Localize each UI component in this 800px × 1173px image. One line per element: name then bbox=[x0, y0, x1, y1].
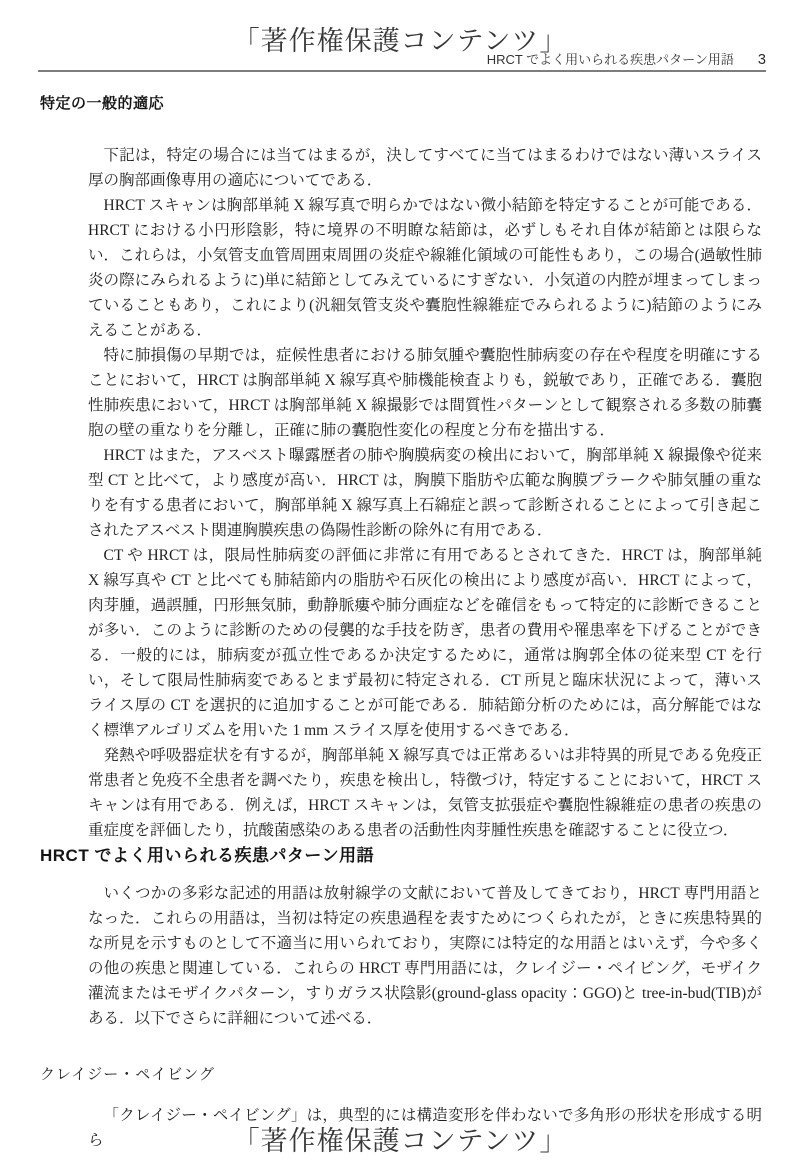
body-paragraph: 発熱や呼吸器症状を有するが，胸部単純 X 線写真では正常あるいは非特異的所見であ… bbox=[88, 743, 762, 843]
section-heading-general-indications: 特定の一般的適応 bbox=[40, 92, 164, 113]
section-body-general-indications: 下記は，特定の場合には当てはまるが，決してすべてに当てはまるわけではない薄いスラ… bbox=[88, 143, 762, 843]
section-heading-hrct-pattern-terms: HRCT でよく用いられる疾患パターン用語 bbox=[40, 841, 374, 866]
copyright-watermark-bottom: 「著作権保護コンテンツ」 bbox=[0, 1119, 800, 1158]
body-paragraph: 下記は，特定の場合には当てはまるが，決してすべてに当てはまるわけではない薄いスラ… bbox=[88, 143, 762, 193]
body-paragraph: HRCT はまた，アスベスト曝露歴者の肺や胸膜病変の検出において，胸部単純 X … bbox=[88, 443, 762, 543]
header-rule bbox=[38, 70, 766, 72]
body-paragraph: いくつかの多彩な記述的用語は放射線学の文献において普及してきており，HRCT 専… bbox=[88, 881, 762, 1031]
running-header: HRCT でよく用いられる疾患パターン用語 3 bbox=[487, 49, 766, 68]
running-header-title: HRCT でよく用いられる疾患パターン用語 bbox=[487, 49, 734, 68]
book-page: 「著作権保護コンテンツ」 HRCT でよく用いられる疾患パターン用語 3 特定の… bbox=[0, 0, 800, 1173]
subsection-heading-crazy-paving: クレイジー・ペイビング bbox=[40, 1063, 215, 1084]
body-paragraph: HRCT スキャンは胸部単純 X 線写真で明らかではない微小結節を特定することが… bbox=[88, 193, 762, 343]
body-paragraph: CT や HRCT は，限局性肺病変の評価に非常に有用であるとされてきた．HRC… bbox=[88, 543, 762, 743]
section-body-hrct-pattern-terms: いくつかの多彩な記述的用語は放射線学の文献において普及してきており，HRCT 専… bbox=[88, 881, 762, 1031]
body-paragraph: 特に肺損傷の早期では，症候性患者における肺気腫や囊胞性肺病変の存在や程度を明確に… bbox=[88, 343, 762, 443]
page-number: 3 bbox=[758, 52, 766, 68]
